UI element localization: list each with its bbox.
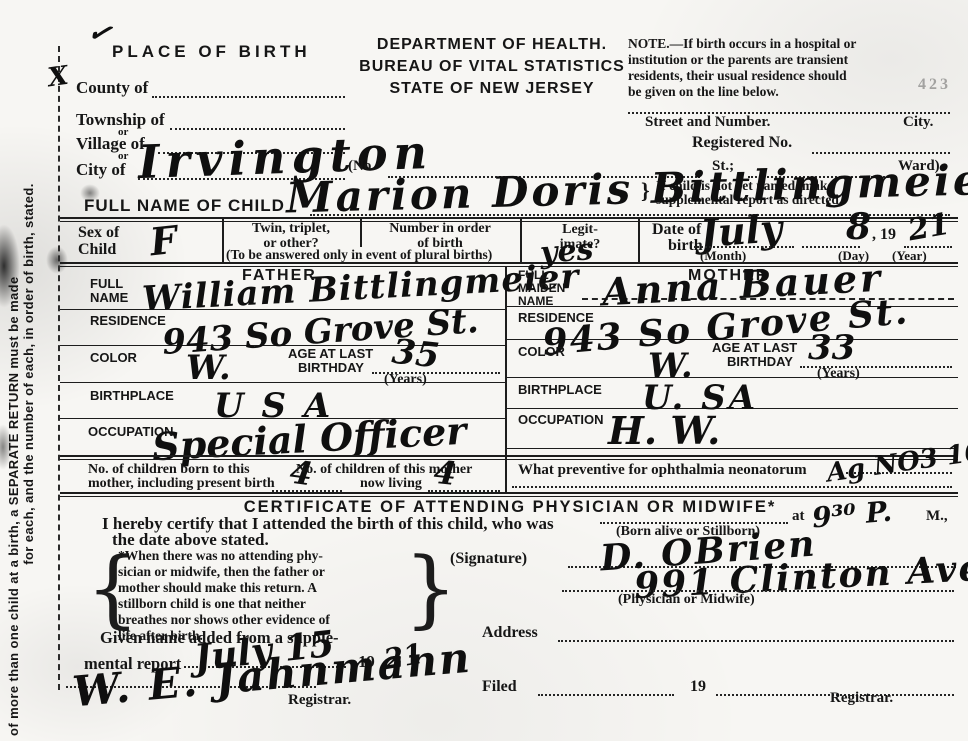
- department-header: DEPARTMENT OF HEALTH. BUREAU OF VITAL ST…: [342, 34, 642, 100]
- sex-label-line2: Child: [78, 241, 116, 259]
- order-label-line1: Number in order: [362, 221, 518, 236]
- filed-year-prefix: 19: [690, 678, 706, 696]
- signature-label: (Signature): [450, 550, 527, 568]
- rule: [60, 459, 958, 460]
- father-years-caption: (Years): [384, 372, 427, 388]
- rule: [60, 217, 958, 219]
- note-line2: institution or the parents are transient: [628, 52, 952, 68]
- mother-color-label: COLOR: [518, 344, 565, 359]
- check-mark: ✓: [84, 14, 115, 52]
- stillborn-note-line3: mother should make this return. A: [118, 580, 418, 596]
- rule: [520, 217, 522, 262]
- mother-years-caption: (Years): [817, 366, 860, 382]
- stillborn-note-line2: sician or midwife, then the father or: [118, 564, 418, 580]
- children-born-line2: mother, including present birth: [88, 476, 275, 492]
- father-age-value: 35: [390, 332, 441, 377]
- rule: [638, 217, 640, 262]
- sex-value: F: [148, 217, 180, 265]
- plural-note: (To be answered only in event of plural …: [226, 247, 492, 263]
- year-prefix: , 19: [872, 226, 896, 244]
- registered-no-line: [812, 134, 950, 154]
- mother-age-value: 33: [808, 328, 855, 368]
- month-line: [694, 228, 794, 248]
- stamp-number: 423: [918, 76, 951, 94]
- registrar-caption: Registrar.: [288, 692, 351, 709]
- margin-note-line2: for each, and the number of each, in ord…: [21, 12, 36, 736]
- children-living-value: 4: [432, 453, 458, 493]
- time-blank-line: [600, 504, 788, 524]
- county-line: [152, 78, 345, 98]
- village-label: Village of: [76, 134, 145, 154]
- rule: [60, 455, 958, 457]
- physician-or-midwife-caption: (Physician or Midwife): [618, 592, 755, 608]
- x-mark: X: [46, 61, 70, 94]
- mother-occupation-value: H. W.: [608, 408, 720, 453]
- city-of-label: City of: [76, 160, 126, 180]
- mother-age-label-line1: AGE AT LAST: [712, 340, 797, 355]
- county-label: County of: [76, 78, 148, 98]
- birth-day-value: 8: [846, 206, 871, 248]
- full-name-of-child-label: FULL NAME OF CHILD: [84, 196, 285, 216]
- stillborn-note-line5: breathes nor shows other evidence of: [118, 612, 418, 628]
- father-age-label-line2: BIRTHDAY: [298, 360, 364, 375]
- margin-note-line1: of more than one child at a birth, a SEP…: [6, 12, 21, 736]
- mother-birthplace-label: BIRTHPLACE: [518, 382, 602, 397]
- place-of-birth-title: PLACE OF BIRTH: [112, 42, 311, 62]
- address-line: [558, 622, 954, 642]
- sex-label-line1: Sex of: [78, 224, 119, 242]
- registered-no-label: Registered No.: [692, 134, 792, 152]
- filed-registrar-caption: Registrar.: [830, 690, 893, 707]
- note-line3: residents, their usual residence should: [628, 68, 952, 84]
- stillborn-note-line4: stillborn child is one that neither: [118, 596, 418, 612]
- margin-note: of more than one child at a birth, a SEP…: [6, 12, 36, 736]
- twin-label-line1: Twin, triplet,: [224, 221, 358, 236]
- father-residence-label: RESIDENCE: [90, 313, 166, 328]
- birth-year-value: 21: [905, 207, 952, 249]
- father-name-label-line2: NAME: [90, 290, 128, 305]
- address-label: Address: [482, 624, 538, 642]
- father-color-value: W.: [186, 348, 231, 388]
- m-label: M.,: [926, 508, 948, 525]
- mother-occupation-label: OCCUPATION: [518, 412, 603, 427]
- father-name-label-line1: FULL: [90, 276, 123, 291]
- physician-address-line: [562, 572, 954, 592]
- department-line1: DEPARTMENT OF HEALTH.: [342, 34, 642, 56]
- filed-date-line: [538, 676, 674, 696]
- rule: [60, 492, 958, 494]
- scan-smudge: [46, 246, 68, 274]
- filed-label: Filed: [482, 678, 517, 696]
- stillborn-note-line1: *When there was no attending phy-: [118, 548, 418, 564]
- mother-age-label-line2: BIRTHDAY: [727, 354, 793, 369]
- residence-line: [628, 94, 950, 114]
- mother-name-label-line1: FULL: [518, 268, 549, 282]
- note-line1: NOTE.—If birth occurs in a hospital or: [628, 36, 952, 52]
- father-color-label: COLOR: [90, 350, 137, 365]
- township-line: [170, 110, 345, 130]
- birth-certificate-scan: of more than one child at a birth, a SEP…: [0, 0, 968, 741]
- note-block: NOTE.—If birth occurs in a hospital or i…: [628, 36, 952, 100]
- department-line3: STATE OF NEW JERSEY: [342, 78, 642, 100]
- street-and-number-label: Street and Number.: [645, 114, 770, 131]
- mother-name-label-line3: NAME: [518, 294, 553, 308]
- birth-time-value: 9³⁰ P.: [811, 495, 894, 535]
- city-caption-label: City.: [903, 114, 933, 131]
- rule: [60, 382, 505, 383]
- father-age-label-line1: AGE AT LAST: [288, 346, 373, 361]
- fold-line: [58, 46, 60, 690]
- father-birthplace-label: BIRTHPLACE: [90, 388, 174, 403]
- year-caption: (Year): [892, 248, 927, 264]
- rule: [60, 496, 958, 497]
- mother-name-label-line2: MAIDEN: [518, 281, 565, 295]
- department-line2: BUREAU OF VITAL STATISTICS: [342, 56, 642, 78]
- children-living-line2: now living: [360, 476, 422, 492]
